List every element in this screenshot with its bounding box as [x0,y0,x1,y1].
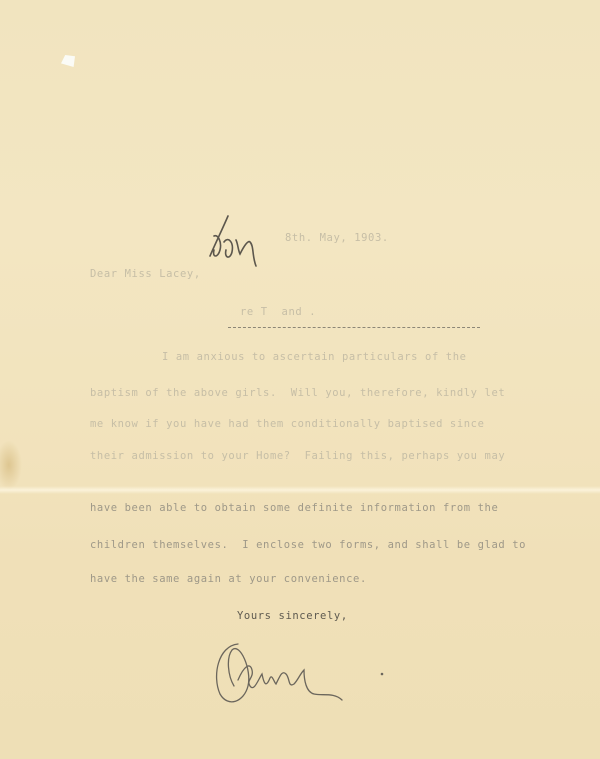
paper-stain [0,440,22,490]
body-line-5: have been able to obtain some definite i… [90,502,498,514]
paper-fold [0,486,600,494]
body-line-2: baptism of the above girls. Will you, th… [90,387,505,399]
body-line-1: I am anxious to ascertain particulars of… [162,351,467,363]
letter-page: 8th. May, 1903. Dear Miss Lacey, re T an… [0,0,600,759]
body-line-7: have the same again at your convenience. [90,573,367,585]
letter-closing: Yours sincerely, [237,610,348,622]
letter-date: 8th. May, 1903. [285,232,389,244]
reference-line: re T and . [240,306,316,318]
body-line-6: children themselves. I enclose two forms… [90,539,526,551]
handwritten-annotation [200,212,280,272]
signature [210,636,390,708]
body-line-3: me know if you have had them conditional… [90,418,485,430]
body-line-4: their admission to your Home? Failing th… [90,450,505,462]
reference-underline [228,327,480,328]
paper-hole [61,55,75,67]
letter-salutation: Dear Miss Lacey, [90,268,201,280]
